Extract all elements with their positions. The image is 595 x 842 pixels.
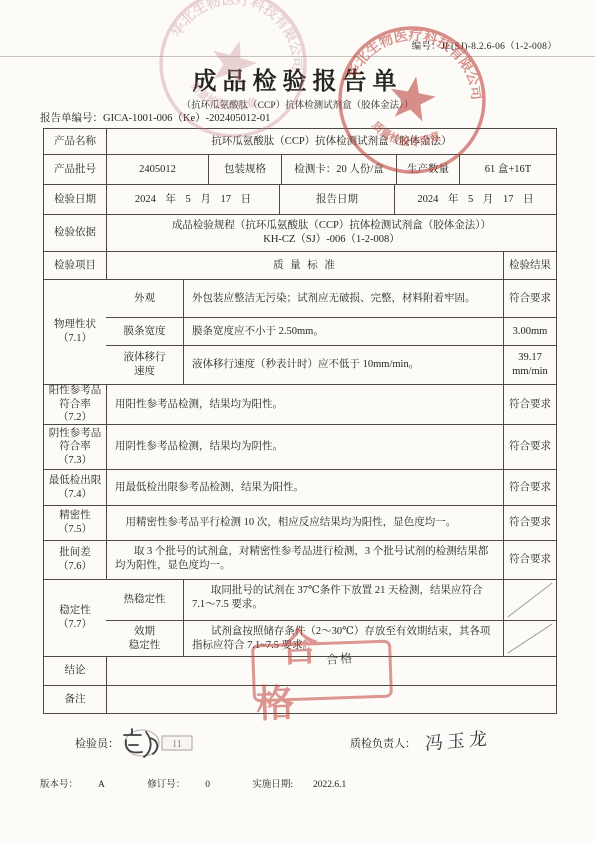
item-label: 阳性参考品 符合率 （7.2） <box>44 385 106 424</box>
report-date-value: 2024 年 5 月 17 日 <box>394 185 556 214</box>
table-row-negative-ref: 阴性参考品 符合率 （7.3） 用阴性参考品检测，结果均为阴性。 符合要求 <box>44 424 556 469</box>
product-name-label: 产品名称 <box>44 129 106 154</box>
result-value: 39.17 mm/min <box>503 346 556 384</box>
inspect-date-label: 检验日期 <box>44 185 106 214</box>
remark-value <box>106 686 556 713</box>
column-header-item: 检验项目 <box>44 252 106 279</box>
sub-label: 膜条宽度 <box>106 318 183 345</box>
standard-text: 外包装应整洁无污染；试剂应无破损、完整，材料附着牢固。 <box>183 280 503 317</box>
item-label: 阴性参考品 符合率 （7.3） <box>44 425 106 469</box>
conclusion-handwritten-note: 合格 <box>325 649 354 668</box>
footer: 版本号：A 修订号：0 实施日期:2022.6.1 <box>40 776 386 790</box>
report-number: 报告单编号：GICA-1001-006（Ke）-202405012-01 <box>40 110 270 125</box>
page-title: 成品检验报告单 <box>0 61 595 96</box>
table-row-heat-stability: 热稳定性 取同批号的试剂在 37℃条件下放置 21 天检测，结果应符合 7.1～… <box>106 580 556 620</box>
result-value: 符合要求 <box>503 425 556 469</box>
table-row-product-name: 产品名称 抗环瓜氨酸肽（CCP）抗体检测试剂盒（胶体金法） <box>44 129 556 154</box>
basis-value: 成品检验规程（抗环瓜氨酸肽（CCP）抗体检测试剂盒（胶体金法）） KH-CZ（S… <box>106 215 556 251</box>
result-value: 符合要求 <box>503 280 556 317</box>
standard-text: 取同批号的试剂在 37℃条件下放置 21 天检测，结果应符合 7.1～7.5 要… <box>183 580 503 620</box>
conclusion-label: 结论 <box>44 657 106 685</box>
svg-text:11: 11 <box>172 739 182 750</box>
batch-value: 2405012 <box>106 155 208 184</box>
remark-label: 备注 <box>44 686 106 713</box>
column-header-standard: 质 量 标 准 <box>106 252 503 279</box>
standard-text: 取 3 个批号的试剂盒，对精密性参考品进行检测，3 个批号试剂的检测结果都均为阳… <box>106 541 503 579</box>
table-row-conclusion: 结论 <box>44 656 556 685</box>
physical-subrows: 外观 外包装应整洁无污染；试剂应无破损、完整，材料附着牢固。 符合要求 膜条宽度… <box>106 280 556 384</box>
inspection-table: 产品名称 抗环瓜氨酸肽（CCP）抗体检测试剂盒（胶体金法） 产品批号 24050… <box>43 128 557 714</box>
doc-number-value: JL(SJ)-8.2.6-06（1-2-008） <box>441 42 557 52</box>
group-label-line: 物理性状 <box>54 318 96 332</box>
column-header-result: 检验结果 <box>503 252 556 279</box>
group-label-stability: 稳定性 （7.7） <box>44 580 106 656</box>
qty-label: 生产数量 <box>396 155 459 184</box>
sub-label: 热稳定性 <box>106 580 183 620</box>
result-value: 符合要求 <box>503 541 556 579</box>
inspect-date-value: 2024 年 5 月 17 日 <box>106 185 279 214</box>
table-row-strip-width: 膜条宽度 膜条宽度应不小于 2.50mm。 3.00mm <box>106 317 556 345</box>
standard-text: 用阳性参考品检测，结果均为阳性。 <box>106 385 503 424</box>
pack-value: 检测卡：20 人份/盒 <box>281 155 396 184</box>
footer-revision: 修订号：0 <box>147 780 230 790</box>
inspector-label: 检验员： <box>75 735 119 751</box>
table-row-positive-ref: 阳性参考品 符合率 （7.2） 用阳性参考品检测，结果均为阳性。 符合要求 <box>44 384 556 424</box>
qc-manager-signature: 冯玉龙 <box>425 724 491 756</box>
footer-version: 版本号：A <box>40 780 125 790</box>
table-row-results-header: 检验项目 质 量 标 准 检验结果 <box>44 251 556 279</box>
batch-label: 产品批号 <box>44 155 106 184</box>
basis-line1: 成品检验规程（抗环瓜氨酸肽（CCP）抗体检测试剂盒（胶体金法）） <box>172 219 491 233</box>
sub-label: 效期 稳定性 <box>106 621 183 656</box>
item-label: 批间差 （7.6） <box>44 541 106 579</box>
table-row-migration-speed: 液体移行 速度 液体移行速度（秒表计时）应不低于 10mm/min。 39.17… <box>106 345 556 384</box>
pack-label: 包装规格 <box>208 155 281 184</box>
na-slash-icon <box>504 621 556 656</box>
standard-text: 膜条宽度应不小于 2.50mm。 <box>183 318 503 345</box>
table-row-detection-limit: 最低检出限 （7.4） 用最低检出限参考品检测，结果为阳性。 符合要求 <box>44 469 556 505</box>
product-name-value: 抗环瓜氨酸肽（CCP）抗体检测试剂盒（胶体金法） <box>106 129 556 154</box>
report-number-value: GICA-1001-006（Ke）-202405012-01 <box>103 113 270 124</box>
footer-date: 实施日期:2022.6.1 <box>252 780 366 790</box>
report-number-label: 报告单编号： <box>40 113 103 124</box>
table-row-remark: 备注 <box>44 685 556 713</box>
table-row-batch: 产品批号 2405012 包装规格 检测卡：20 人份/盒 生产数量 61 盒+… <box>44 154 556 184</box>
result-value: 符合要求 <box>503 470 556 505</box>
group-row-stability: 稳定性 （7.7） 热稳定性 取同批号的试剂在 37℃条件下放置 21 天检测，… <box>44 579 556 656</box>
group-label-physical: 物理性状 （7.1） <box>44 280 106 384</box>
group-row-physical: 物理性状 （7.1） 外观 外包装应整洁无污染；试剂应无破损、完整，材料附着牢固… <box>44 279 556 384</box>
doc-number-label: 编号： <box>412 42 441 52</box>
stability-subrows: 热稳定性 取同批号的试剂在 37℃条件下放置 21 天检测，结果应符合 7.1～… <box>106 580 556 656</box>
inspector-signature-scribble: 11 <box>116 725 198 761</box>
na-slash-icon <box>504 580 556 620</box>
sub-label: 外观 <box>106 280 183 317</box>
result-value: 符合要求 <box>503 506 556 540</box>
report-date-label: 报告日期 <box>279 185 394 214</box>
table-row-dates: 检验日期 2024 年 5 月 17 日 报告日期 2024 年 5 月 17 … <box>44 184 556 214</box>
doc-number: 编号：JL(SJ)-8.2.6-06（1-2-008） <box>412 38 557 52</box>
qty-value: 61 盒+16T <box>459 155 556 184</box>
basis-line2: KH-CZ（SJ）-006（1-2-008） <box>263 233 400 247</box>
standard-text: 用阴性参考品检测，结果均为阴性。 <box>106 425 503 469</box>
standard-text: 用精密性参考品平行检测 10 次，相应反应结果均为阳性，显色度均一。 <box>106 506 503 540</box>
result-value: 3.00mm <box>503 318 556 345</box>
sub-label: 液体移行 速度 <box>106 346 183 384</box>
result-na <box>503 621 556 656</box>
standard-text: 液体移行速度（秒表计时）应不低于 10mm/min。 <box>183 346 503 384</box>
table-row-precision: 精密性 （7.5） 用精密性参考品平行检测 10 次，相应反应结果均为阳性，显色… <box>44 505 556 540</box>
group-label-line: （7.1） <box>58 332 92 346</box>
item-label: 最低检出限 （7.4） <box>44 470 106 505</box>
page-subtitle: （抗环瓜氨酸肽（CCP）抗体检测试剂盒（胶体金法）） <box>0 97 595 111</box>
table-row-batch-variation: 批间差 （7.6） 取 3 个批号的试剂盒，对精密性参考品进行检测，3 个批号试… <box>44 540 556 579</box>
table-row-appearance: 外观 外包装应整洁无污染；试剂应无破损、完整，材料附着牢固。 符合要求 <box>106 280 556 317</box>
basis-label: 检验依据 <box>44 215 106 251</box>
header-rule <box>0 56 595 57</box>
table-row-basis: 检验依据 成品检验规程（抗环瓜氨酸肽（CCP）抗体检测试剂盒（胶体金法）） KH… <box>44 214 556 251</box>
result-value: 符合要求 <box>503 385 556 424</box>
result-na <box>503 580 556 620</box>
qc-manager-label: 质检负责人： <box>350 735 416 751</box>
inspection-report-page: 编号：JL(SJ)-8.2.6-06（1-2-008） 成品检验报告单 （抗环瓜… <box>0 0 595 842</box>
standard-text: 用最低检出限参考品检测，结果为阳性。 <box>106 470 503 505</box>
item-label: 精密性 （7.5） <box>44 506 106 540</box>
